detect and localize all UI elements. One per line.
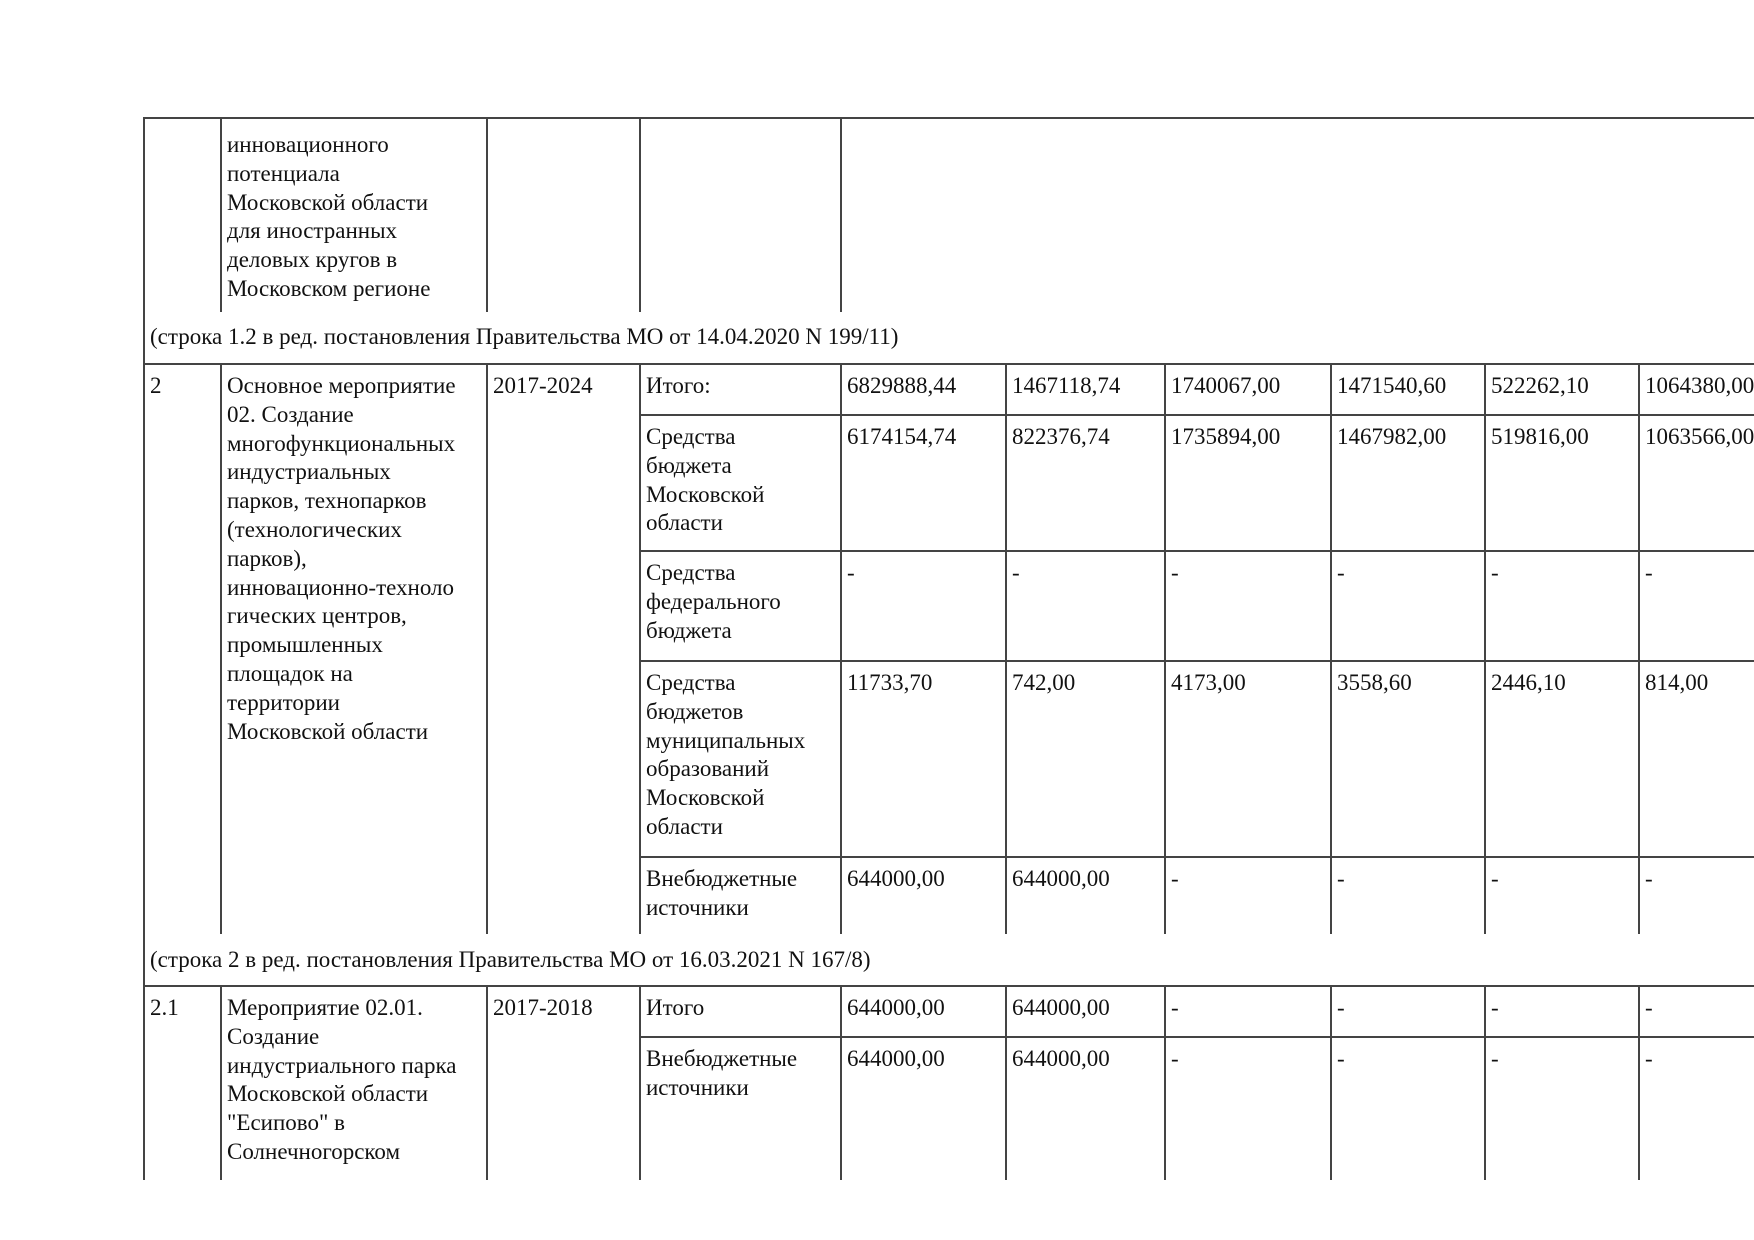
funding-value-cell: 522262,10 [1491,372,1589,401]
funding-source-label: Внебюджетные источники [646,865,837,923]
funding-value-cell: 1064380,00 [1645,372,1754,401]
funding-value-cell: - [1337,994,1345,1023]
row-2-1-top-border [143,985,1754,987]
funding-value-cell: 1471540,60 [1337,372,1446,401]
funding-value-cell: - [1491,865,1499,894]
funding-value-cell: 814,00 [1645,669,1708,698]
col-divider [1638,985,1640,1180]
row-number-cell: 2 [150,372,162,401]
col-divider [639,985,641,1180]
row-1-2-name-cell: инновационного потенциала Московской обл… [227,131,482,304]
funding-value-cell: 1467982,00 [1337,423,1446,452]
table-left-border [143,117,145,1180]
funding-source-label: Средства федерального бюджета [646,559,837,645]
subrow-divider [639,856,1754,858]
funding-value-cell: 742,00 [1012,669,1075,698]
funding-value-cell: 4173,00 [1171,669,1246,698]
col-divider [220,117,222,312]
col-divider [1330,985,1332,1180]
funding-value-cell: 1063566,00 [1645,423,1754,452]
funding-source-label: Итого: [646,372,837,401]
funding-value-cell: - [1645,865,1653,894]
amendment-note-row-2: (строка 2 в ред. постановления Правитель… [150,946,871,975]
funding-value-cell: - [1645,994,1653,1023]
col-divider [840,363,842,934]
funding-value-cell: 644000,00 [847,1045,945,1074]
funding-value-cell: 1735894,00 [1171,423,1280,452]
funding-source-label: Средства бюджетов муниципальных образова… [646,669,837,842]
funding-value-cell: - [1491,1045,1499,1074]
col-divider [1330,363,1332,934]
col-divider [1164,985,1166,1180]
col-divider [639,117,641,312]
col-divider [486,363,488,934]
funding-source-label: Итого [646,994,837,1023]
funding-value-cell: - [1171,865,1179,894]
funding-value-cell: 644000,00 [847,994,945,1023]
table-top-border [143,117,1754,119]
col-divider [840,985,842,1180]
funding-value-cell: - [1645,1045,1653,1074]
funding-value-cell: 644000,00 [847,865,945,894]
subrow-divider [639,414,1754,416]
amendment-note-row-1-2: (строка 1.2 в ред. постановления Правите… [150,323,898,352]
funding-value-cell: - [1337,559,1345,588]
funding-source-label: Внебюджетные источники [646,1045,837,1103]
funding-value-cell: - [1337,1045,1345,1074]
document-page: инновационного потенциала Московской обл… [0,0,1754,1240]
col-divider [639,363,641,934]
funding-value-cell: - [1491,559,1499,588]
row-name-cell: Основное мероприятие 02. Создание многоф… [227,372,483,746]
funding-value-cell: 644000,00 [1012,994,1110,1023]
funding-value-cell: - [1491,994,1499,1023]
subrow-divider [639,660,1754,662]
funding-value-cell: - [1171,559,1179,588]
row-name-cell: Мероприятие 02.01. Создание индустриальн… [227,994,483,1167]
funding-value-cell: - [847,559,855,588]
funding-value-cell: - [1171,994,1179,1023]
col-divider [1005,363,1007,934]
col-divider [1484,363,1486,934]
col-divider [220,985,222,1180]
funding-value-cell: 1740067,00 [1171,372,1280,401]
subrow-divider [639,550,1754,552]
funding-value-cell: - [1012,559,1020,588]
row-2-top-border [143,363,1754,365]
col-divider [1484,985,1486,1180]
subrow-divider [639,1036,1754,1038]
funding-value-cell: 519816,00 [1491,423,1589,452]
funding-value-cell: 644000,00 [1012,865,1110,894]
funding-value-cell: 6174154,74 [847,423,956,452]
funding-value-cell: 6829888,44 [847,372,956,401]
col-divider [220,363,222,934]
col-divider [486,985,488,1180]
row-period-cell: 2017-2024 [493,372,593,401]
funding-value-cell: 644000,00 [1012,1045,1110,1074]
col-divider [1005,985,1007,1180]
funding-value-cell: - [1171,1045,1179,1074]
funding-value-cell: 1467118,74 [1012,372,1120,401]
col-divider [840,117,842,312]
col-divider [1638,363,1640,934]
funding-source-label: Средства бюджета Московской области [646,423,837,538]
col-divider [486,117,488,312]
funding-value-cell: 11733,70 [847,669,932,698]
col-divider [1164,363,1166,934]
funding-value-cell: 822376,74 [1012,423,1110,452]
funding-value-cell: - [1337,865,1345,894]
funding-value-cell: 2446,10 [1491,669,1566,698]
row-number-cell: 2.1 [150,994,179,1023]
funding-value-cell: - [1645,559,1653,588]
row-period-cell: 2017-2018 [493,994,593,1023]
funding-value-cell: 3558,60 [1337,669,1412,698]
